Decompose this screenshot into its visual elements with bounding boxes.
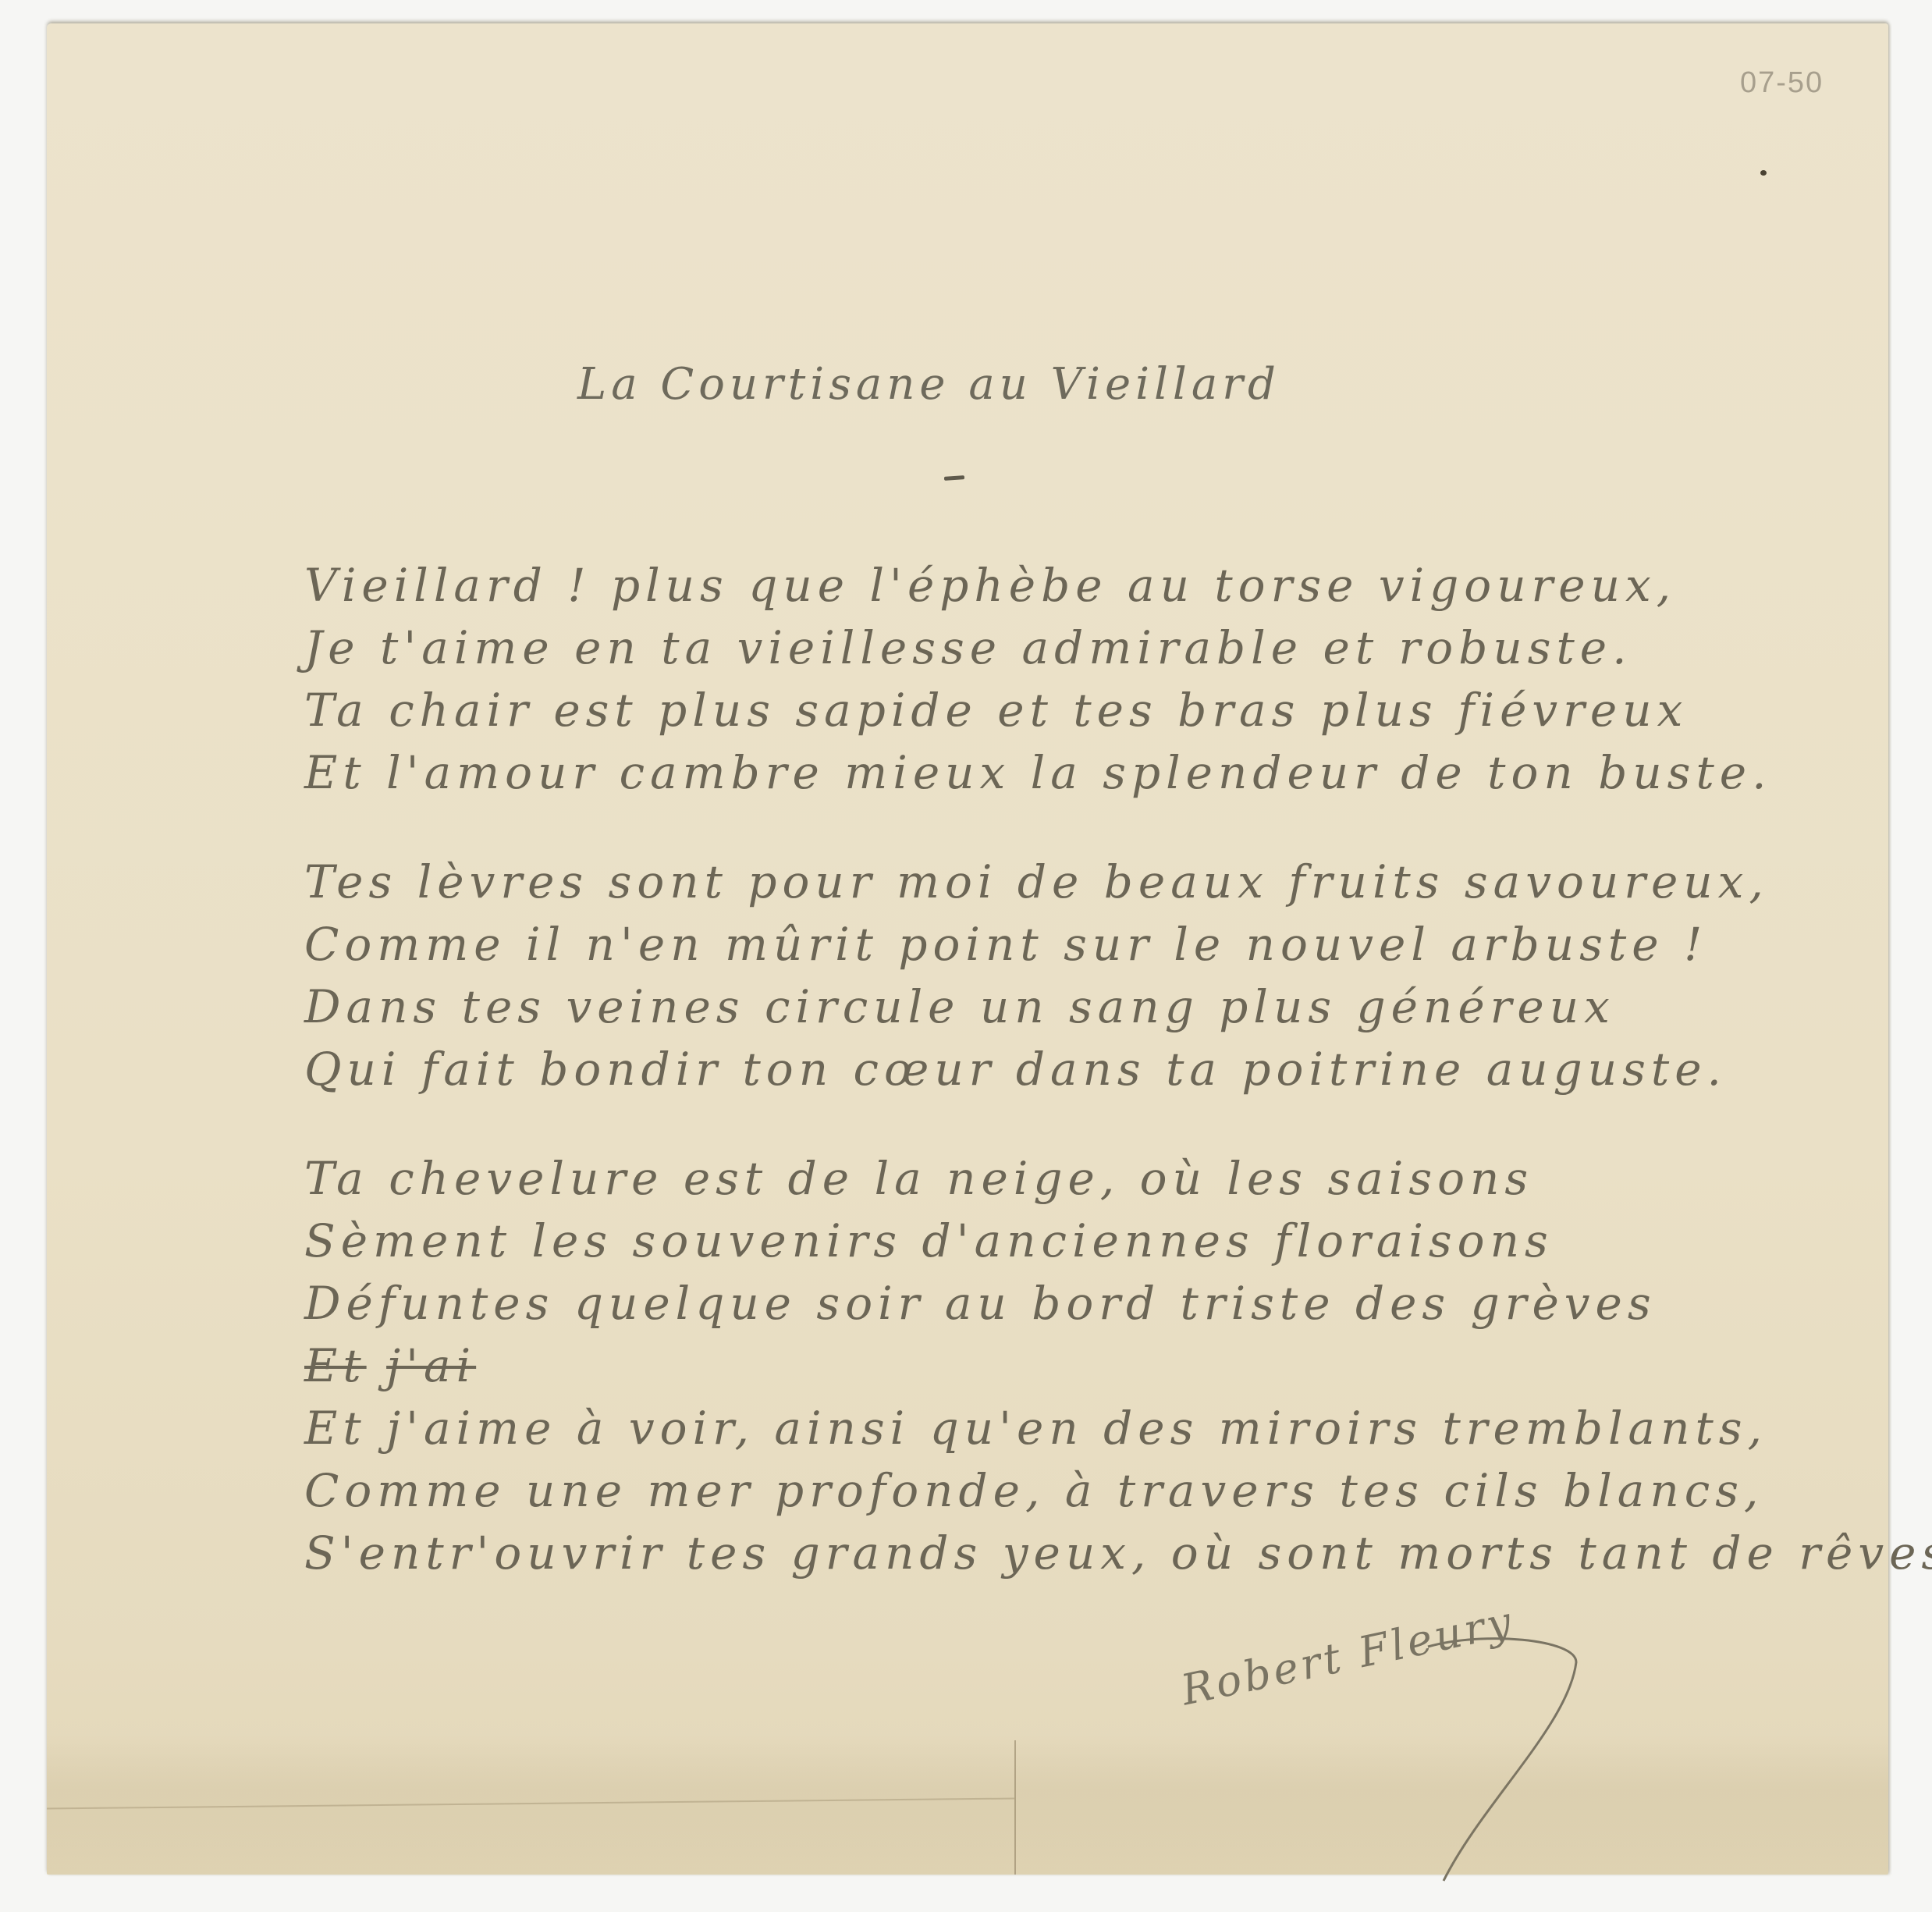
manuscript-sheet: 07-50 La Courtisane au Vieillard Vieilla…	[47, 23, 1888, 1875]
poem-body: Vieillard ! plus que l'éphèbe au torse v…	[304, 554, 1904, 1631]
verse-line: Dans tes veines circule un sang plus gén…	[304, 976, 1904, 1038]
struck-out-line: Et j'ai	[304, 1334, 1904, 1397]
poem-title: La Courtisane au Vieillard	[577, 359, 1280, 410]
stanza-4: Et j'aime à voir, ainsi qu'en des miroir…	[304, 1397, 1904, 1584]
stanza-2: Tes lèvres sont pour moi de beaux fruits…	[304, 851, 1904, 1100]
paper-fold-horizontal	[47, 1798, 1014, 1810]
struck-word: Et	[304, 1339, 367, 1392]
verse-line: Je t'aime en ta vieillesse admirable et …	[304, 617, 1904, 679]
signature-flourish-icon	[1420, 1631, 1607, 1889]
catalog-number: 07-50	[1740, 66, 1824, 100]
verse-line: Comme il n'en mûrit point sur le nouvel …	[304, 913, 1904, 976]
verse-line: Ta chair est plus sapide et tes bras plu…	[304, 679, 1904, 741]
verse-line: Sèment les souvenirs d'anciennes florais…	[304, 1210, 1904, 1272]
title-separator	[944, 475, 964, 481]
verse-line: Qui fait bondir ton cœur dans ta poitrin…	[304, 1038, 1904, 1100]
stanza-1: Vieillard ! plus que l'éphèbe au torse v…	[304, 554, 1904, 804]
stanza-3: Ta chevelure est de la neige, où les sai…	[304, 1147, 1904, 1397]
ink-spot	[1760, 170, 1767, 176]
verse-line: Et l'amour cambre mieux la splendeur de …	[304, 741, 1904, 804]
verse-line: S'entr'ouvrir tes grands yeux, où sont m…	[304, 1522, 1904, 1584]
verse-line: Vieillard ! plus que l'éphèbe au torse v…	[304, 554, 1904, 617]
verse-line: Comme une mer profonde, à travers tes ci…	[304, 1459, 1904, 1522]
verse-line: Défuntes quelque soir au bord triste des…	[304, 1272, 1904, 1334]
verse-line: Et j'aime à voir, ainsi qu'en des miroir…	[304, 1397, 1904, 1459]
paper-fold-vertical	[1014, 1740, 1016, 1875]
verse-line: Tes lèvres sont pour moi de beaux fruits…	[304, 851, 1904, 913]
struck-word: j'ai	[386, 1339, 476, 1392]
verse-line: Ta chevelure est de la neige, où les sai…	[304, 1147, 1904, 1210]
